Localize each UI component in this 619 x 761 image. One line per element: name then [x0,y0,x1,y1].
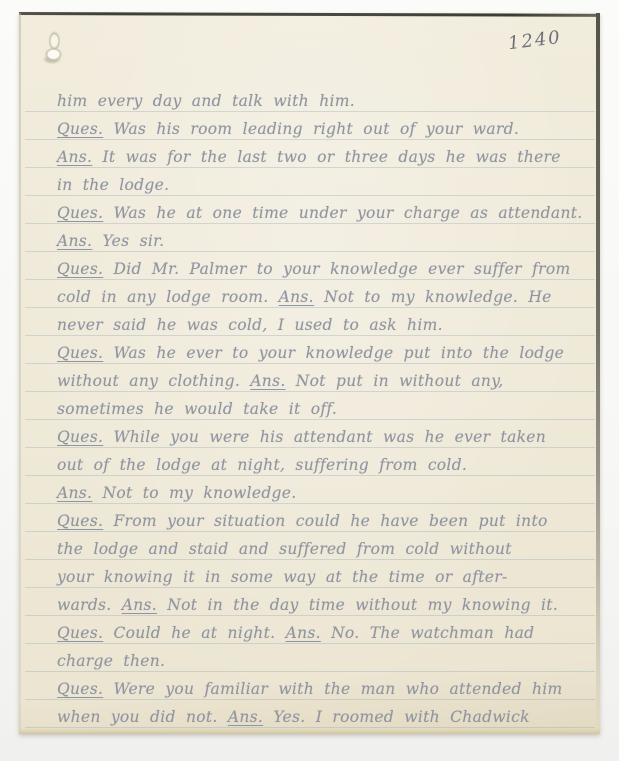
manuscript-line: wards. Ans. Not in the day time without … [57,591,584,619]
manuscript-line: without any clothing. Ans. Not put in wi… [57,367,584,395]
answer-marker: Ans. [250,372,285,390]
manuscript-line: your knowing it in some way at the time … [57,563,584,591]
question-marker: Ques. [57,260,103,278]
paper-top-edge [19,12,600,17]
answer-marker: Ans. [122,596,157,614]
manuscript-text: him every day and talk with him.Ques. Wa… [57,87,584,731]
manuscript-line: Ques. While you were his attendant was h… [57,423,584,451]
answer-marker: Ans. [286,624,321,642]
manuscript-line: Ans. Yes sir. [57,227,584,255]
answer-marker: Ans. [57,148,92,166]
manuscript-line: Ques. From your situation could he have … [57,507,584,535]
manuscript-line: him every day and talk with him. [57,87,584,115]
manuscript-line: Ques. Did Mr. Palmer to your knowledge e… [57,255,584,283]
manuscript-line: sometimes he would take it off. [57,395,584,423]
answer-marker: Ans. [279,288,314,306]
manuscript-line: Ques. Were you familiar with the man who… [57,675,584,703]
question-marker: Ques. [57,120,103,138]
manuscript-line: in the lodge. [57,171,584,199]
question-marker: Ques. [57,204,103,222]
paper-left-edge [19,13,21,734]
manuscript-line: when you did not. Ans. Yes. I roomed wit… [57,703,584,731]
manuscript-line: cold in any lodge room. Ans. Not to my k… [57,283,584,311]
scan-background: 1240 him every day and talk with him.Que… [0,0,619,761]
pin-hole-damage-mark [37,25,67,67]
manuscript-line: Ques. Was he at one time under your char… [57,199,584,227]
manuscript-line: Ques. Was he ever to your knowledge put … [57,339,584,367]
manuscript-line: out of the lodge at night, suffering fro… [57,451,584,479]
answer-marker: Ans. [57,232,92,250]
paper-right-edge [596,13,600,734]
manuscript-line: never said he was cold, I used to ask hi… [57,311,584,339]
manuscript-line: Ans. Not to my knowledge. [57,479,584,507]
manuscript-page: 1240 him every day and talk with him.Que… [19,13,600,734]
manuscript-line: Ques. Was his room leading right out of … [57,115,584,143]
question-marker: Ques. [57,624,103,642]
question-marker: Ques. [57,680,103,698]
question-marker: Ques. [57,428,103,446]
manuscript-line: the lodge and staid and suffered from co… [57,535,584,563]
answer-marker: Ans. [228,708,263,726]
page-number: 1240 [507,27,563,54]
question-marker: Ques. [57,512,103,530]
question-marker: Ques. [57,344,103,362]
manuscript-line: Ques. Could he at night. Ans. No. The wa… [57,619,584,647]
manuscript-line: charge then. [57,647,584,675]
manuscript-line: Ans. It was for the last two or three da… [57,143,584,171]
answer-marker: Ans. [57,484,92,502]
